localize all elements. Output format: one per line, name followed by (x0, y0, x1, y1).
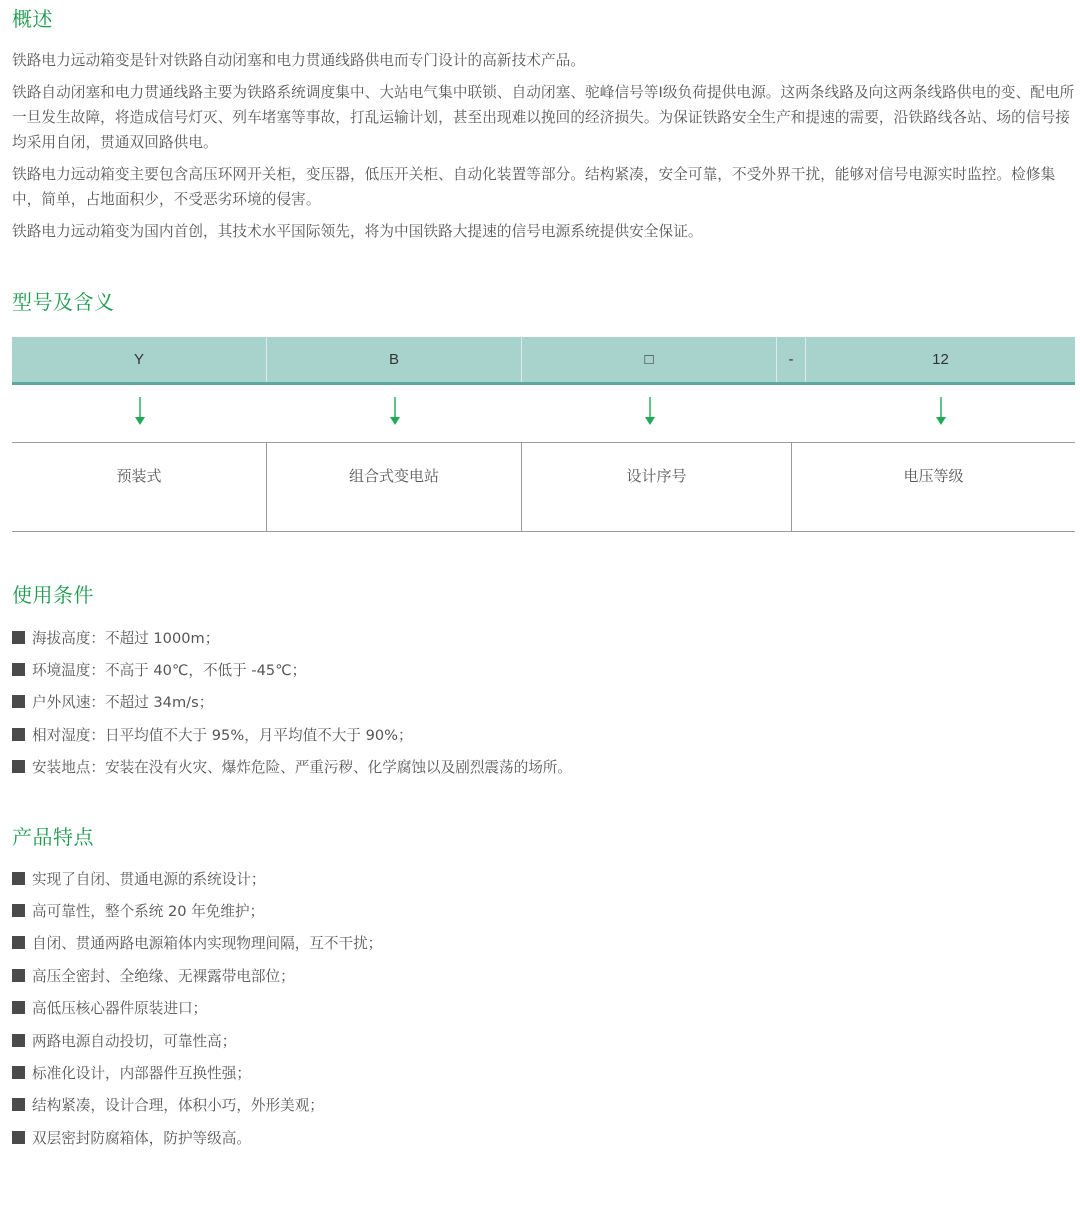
model-code-cell: 12 (806, 337, 1075, 382)
overview-heading: 概述 (12, 7, 53, 31)
square-bullet-icon (12, 904, 25, 917)
feature-text: 高低压核心器件原装进口； (32, 997, 207, 1018)
square-bullet-icon (12, 1034, 25, 1047)
condition-text: 环境温度：不高于 40℃，不低于 -45℃； (32, 659, 306, 680)
square-bullet-icon (12, 872, 25, 885)
model-heading: 型号及含义 (12, 290, 115, 314)
conditions-heading: 使用条件 (12, 583, 94, 607)
list-item: 结构紧凑，设计合理，体积小巧，外形美观； (12, 1089, 382, 1121)
square-bullet-icon (12, 695, 25, 708)
arrow-down-icon (931, 395, 951, 429)
square-bullet-icon (12, 1131, 25, 1144)
square-bullet-icon (12, 1066, 25, 1079)
features-list: 实现了自闭、贯通电源的系统设计； 高可靠性，整个系统 20 年免维护； 自闭、贯… (12, 862, 382, 1154)
list-item: 双层密封防腐箱体，防护等级高。 (12, 1121, 382, 1153)
list-item: 高可靠性，整个系统 20 年免维护； (12, 894, 382, 926)
feature-text: 双层密封防腐箱体，防护等级高。 (32, 1127, 251, 1148)
model-meaning-cell: 组合式变电站 (267, 443, 522, 532)
list-item: 自闭、贯通两路电源箱体内实现物理间隔，互不干扰； (12, 927, 382, 959)
arrow-down-icon (640, 395, 660, 429)
overview-paragraph: 铁路电力远动箱变主要包含高压环网开关柜，变压器，低压开关柜、自动化装置等部分。结… (12, 162, 1078, 212)
list-item: 海拔高度：不超过 1000m； (12, 621, 572, 653)
list-item: 相对湿度：日平均值不大于 95%，月平均值不大于 90%； (12, 718, 572, 750)
square-bullet-icon (12, 760, 25, 773)
list-item: 两路电源自动投切，可靠性高； (12, 1024, 382, 1056)
list-item: 高低压核心器件原装进口； (12, 992, 382, 1024)
model-meaning-cell: 电压等级 (792, 443, 1075, 532)
condition-text: 相对湿度：日平均值不大于 95%，月平均值不大于 90%； (32, 724, 413, 745)
feature-text: 高可靠性，整个系统 20 年免维护； (32, 900, 264, 921)
features-heading: 产品特点 (12, 825, 94, 849)
overview-paragraph: 铁路电力远动箱变为国内首创，其技术水平国际领先，将为中国铁路大提速的信号电源系统… (12, 219, 1078, 244)
model-code-header: Y B □ - 12 (12, 337, 1075, 385)
overview-paragraph: 铁路自动闭塞和电力贯通线路主要为铁路系统调度集中、大站电气集中联锁、自动闭塞、驼… (12, 80, 1078, 155)
list-item: 环境温度：不高于 40℃，不低于 -45℃； (12, 653, 572, 685)
square-bullet-icon (12, 969, 25, 982)
feature-text: 实现了自闭、贯通电源的系统设计； (32, 868, 266, 889)
conditions-list: 海拔高度：不超过 1000m； 环境温度：不高于 40℃，不低于 -45℃； 户… (12, 621, 572, 783)
feature-text: 结构紧凑，设计合理，体积小巧，外形美观； (32, 1094, 324, 1115)
overview-paragraph: 铁路电力远动箱变是针对铁路自动闭塞和电力贯通线路供电而专门设计的高新技术产品。 (12, 48, 1078, 73)
square-bullet-icon (12, 663, 25, 676)
arrow-down-icon (385, 395, 405, 429)
model-meaning-cell: 设计序号 (522, 443, 792, 532)
model-meaning-cell: 预装式 (12, 443, 267, 532)
list-item: 标准化设计，内部器件互换性强； (12, 1056, 382, 1088)
arrow-down-icon (130, 395, 150, 429)
list-item: 户外风速：不超过 34m/s； (12, 686, 572, 718)
feature-text: 高压全密封、全绝缘、无裸露带电部位； (32, 965, 295, 986)
list-item: 高压全密封、全绝缘、无裸露带电部位； (12, 959, 382, 991)
feature-text: 两路电源自动投切，可靠性高； (32, 1030, 236, 1051)
model-code-cell: Y (12, 337, 267, 382)
model-meaning-row: 预装式 组合式变电站 设计序号 电压等级 (12, 442, 1075, 532)
square-bullet-icon (12, 631, 25, 644)
model-code-separator: - (777, 337, 806, 382)
condition-text: 安装地点：安装在没有火灾、爆炸危险、严重污秽、化学腐蚀以及剧烈震荡的场所。 (32, 756, 572, 777)
feature-text: 标准化设计，内部器件互换性强； (32, 1062, 251, 1083)
model-code-cell: □ (522, 337, 777, 382)
square-bullet-icon (12, 1098, 25, 1111)
condition-text: 海拔高度：不超过 1000m； (32, 627, 219, 648)
model-code-cell: B (267, 337, 522, 382)
list-item: 实现了自闭、贯通电源的系统设计； (12, 862, 382, 894)
feature-text: 自闭、贯通两路电源箱体内实现物理间隔，互不干扰； (32, 932, 382, 953)
list-item: 安装地点：安装在没有火灾、爆炸危险、严重污秽、化学腐蚀以及剧烈震荡的场所。 (12, 751, 572, 783)
square-bullet-icon (12, 936, 25, 949)
square-bullet-icon (12, 1001, 25, 1014)
square-bullet-icon (12, 728, 25, 741)
condition-text: 户外风速：不超过 34m/s； (32, 691, 213, 712)
